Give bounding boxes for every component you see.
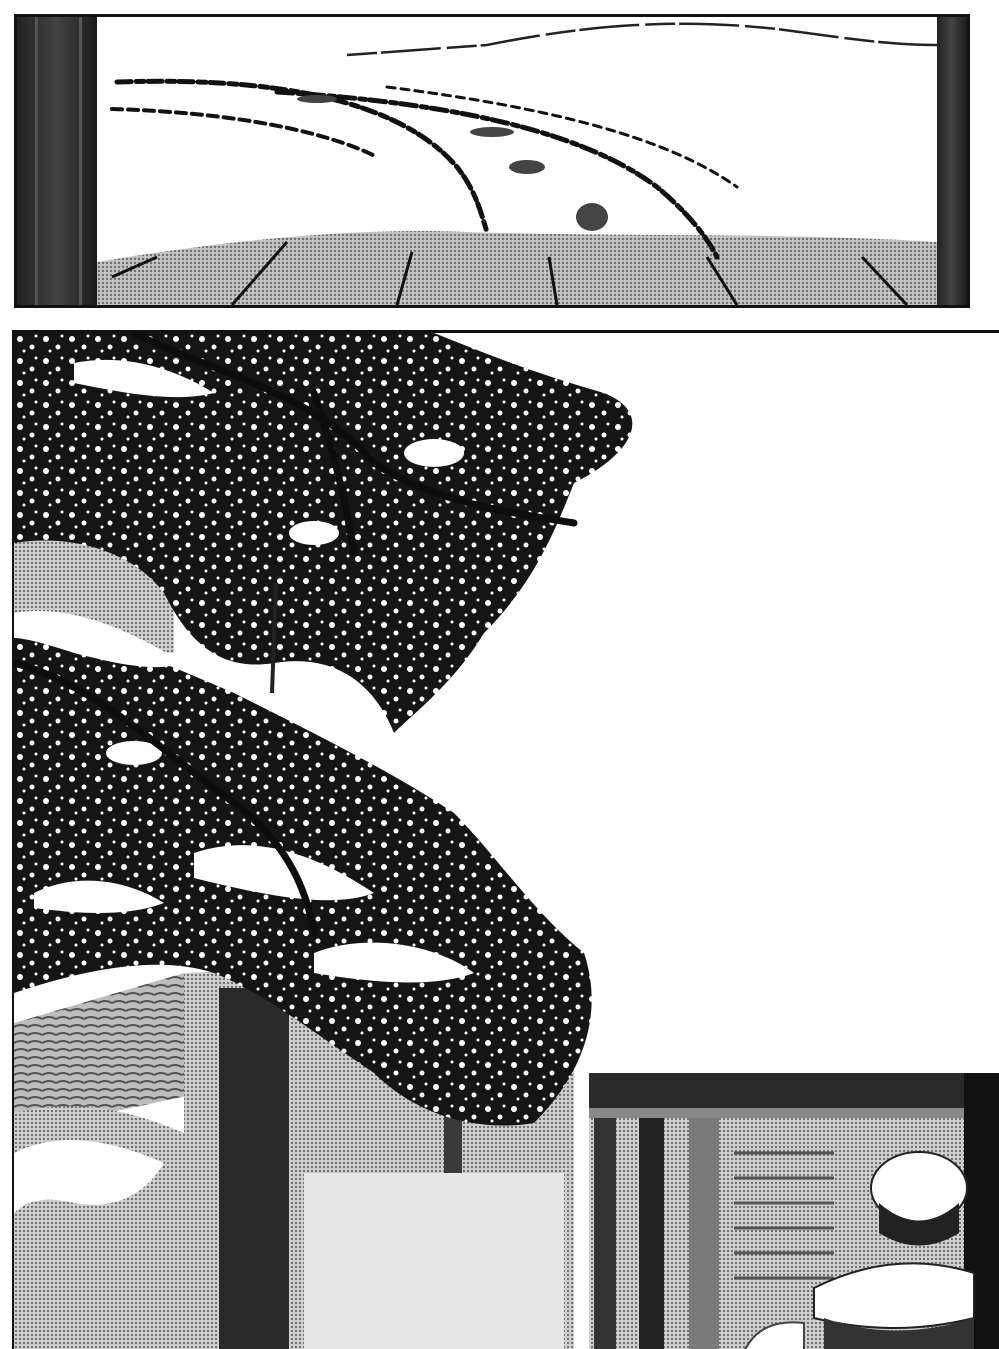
wooden-post — [594, 1118, 616, 1349]
wooden-post — [219, 988, 289, 1349]
wooden-post — [639, 1118, 664, 1349]
panel-snowy-tree-building — [12, 330, 999, 1349]
right-pillar — [937, 17, 967, 305]
left-pillar — [17, 17, 97, 305]
snow-bush — [14, 1106, 184, 1349]
panel-snowy-path — [14, 14, 970, 308]
snowy-tree-building-illustration — [14, 333, 999, 1349]
snowy-path-illustration — [17, 17, 967, 305]
wooden-post — [689, 1118, 719, 1349]
